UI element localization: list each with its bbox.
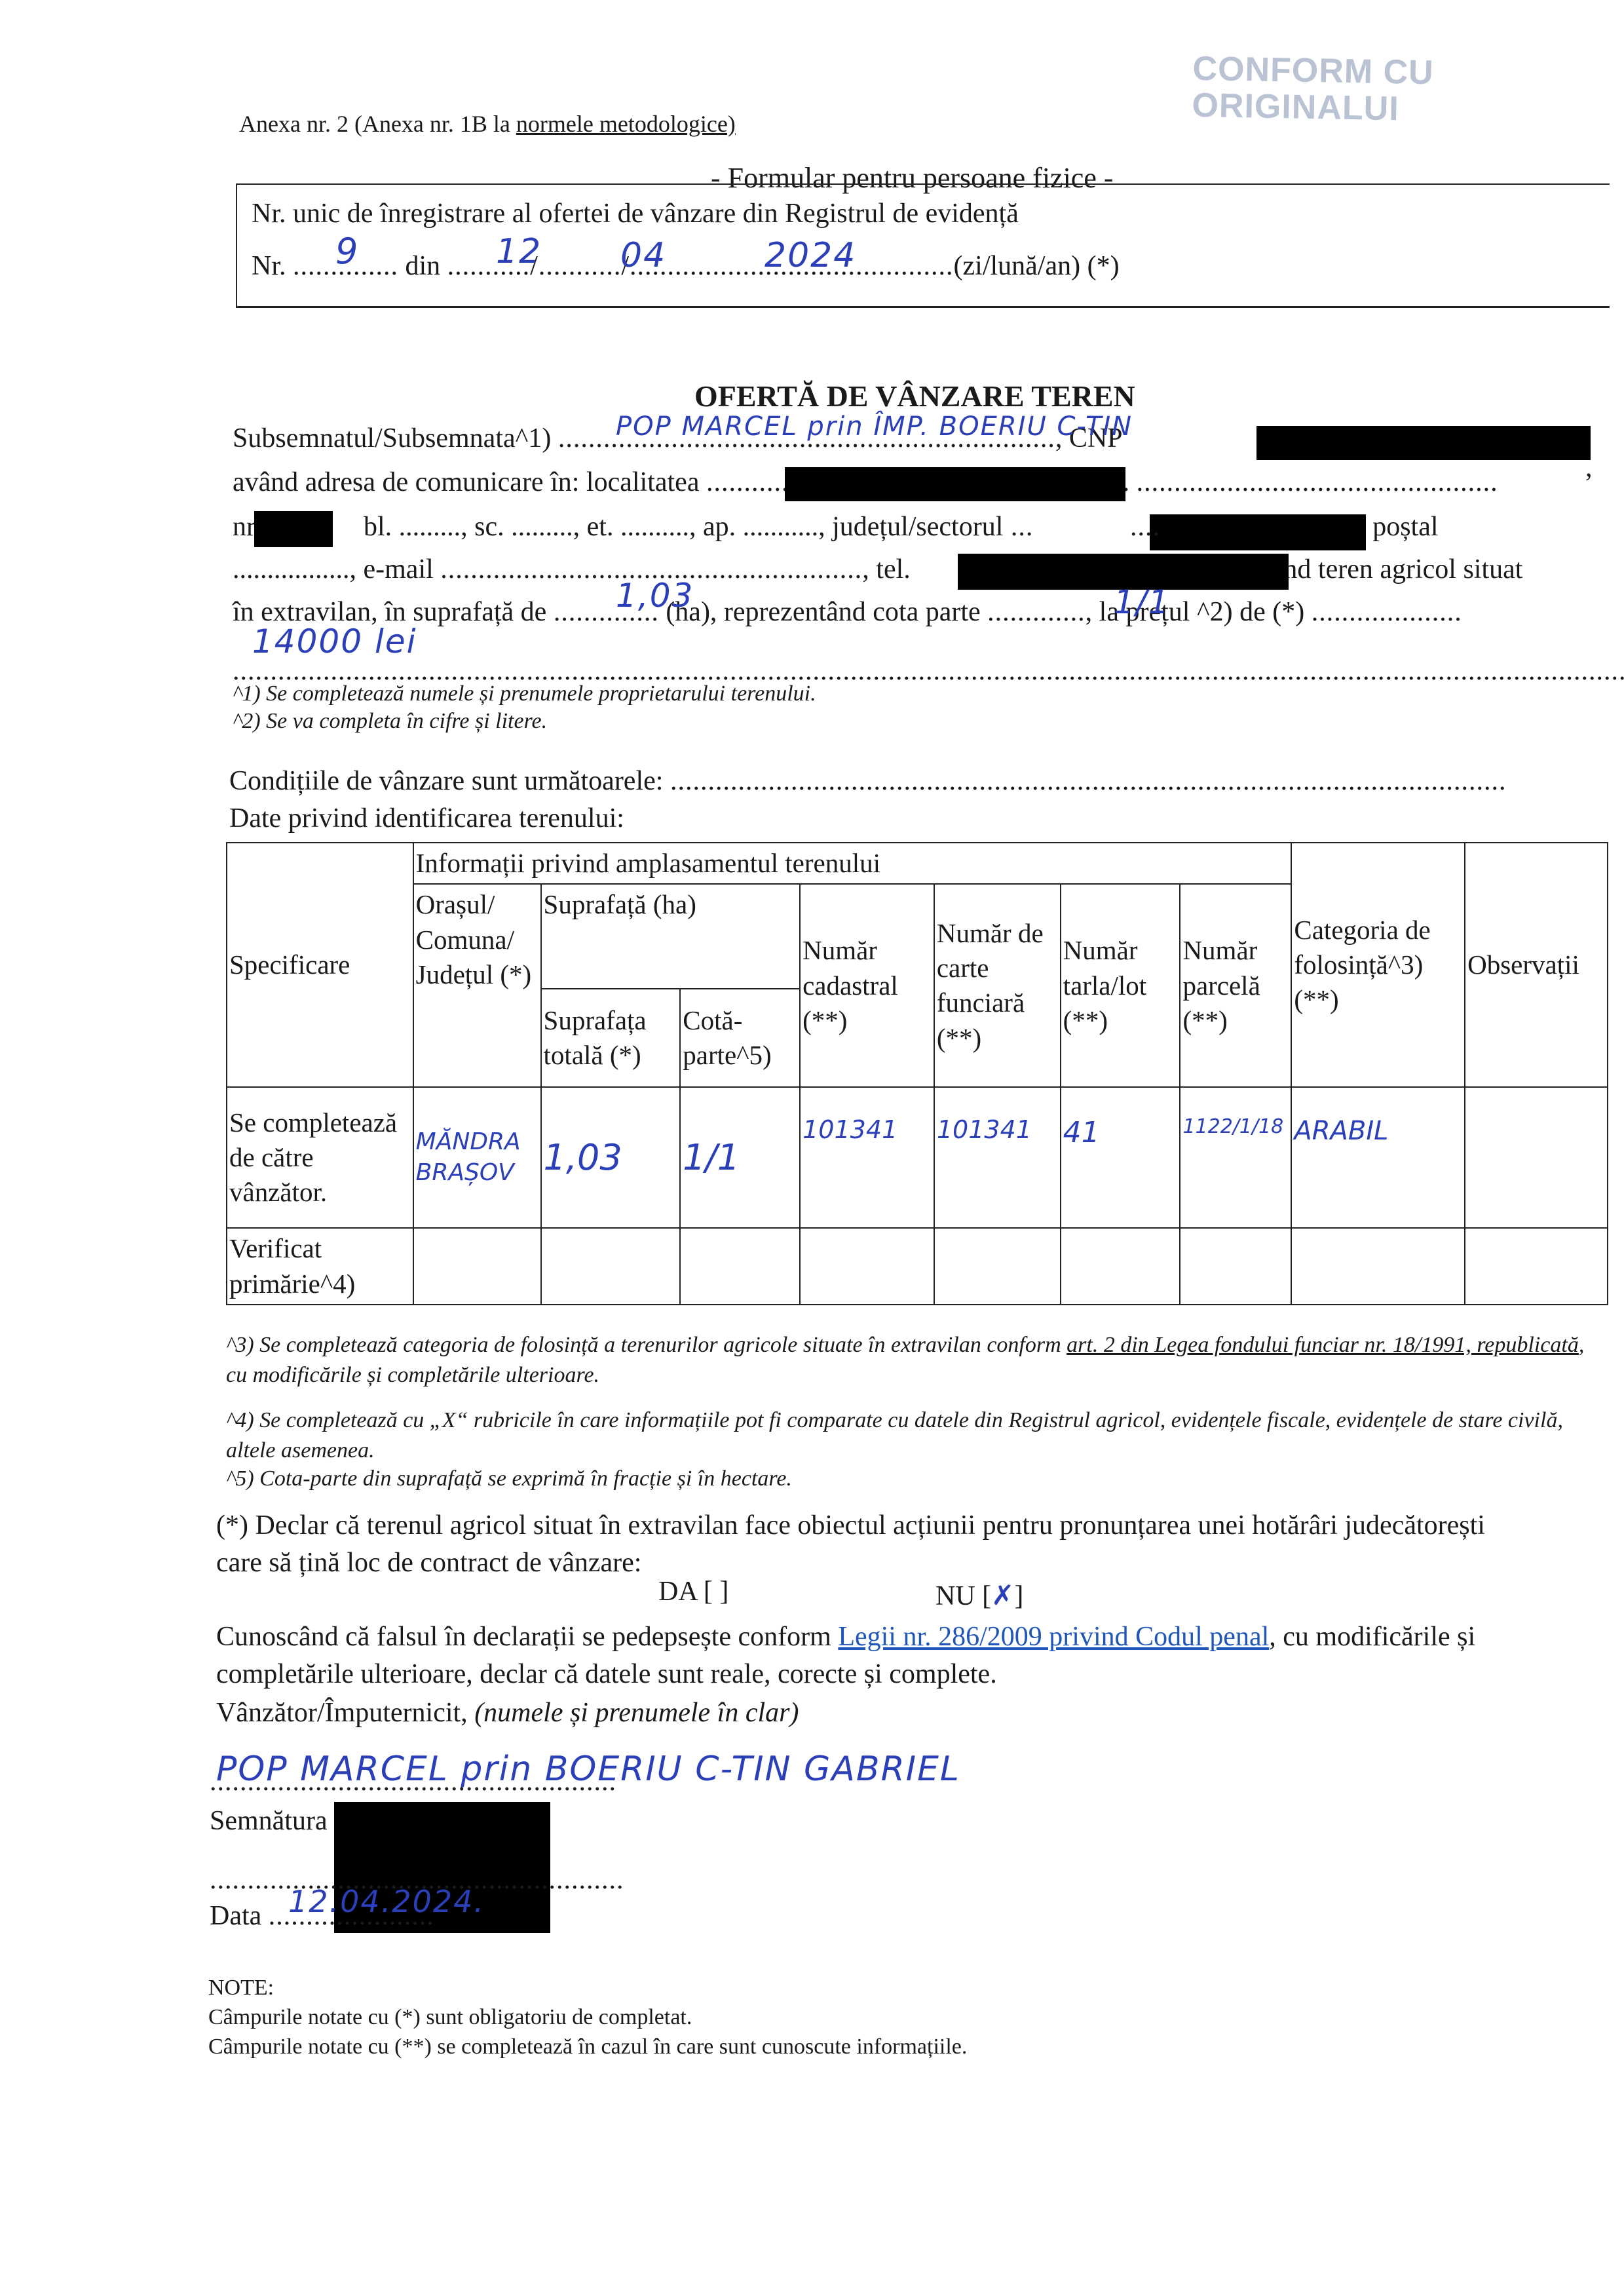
notes-line-2: Câmpurile notate cu (**) se completează … bbox=[208, 2035, 967, 2059]
falsity-text: Cunoscând că falsul în declarații se ped… bbox=[216, 1622, 838, 1652]
footnote-4: ^4) Se completează cu „X“ rubricile în c… bbox=[226, 1406, 1595, 1466]
cell-categoria[interactable]: ARABIL bbox=[1291, 1087, 1465, 1228]
subsemnatul-label: Subsemnatul/Subsemnata^1) bbox=[233, 423, 551, 453]
declaration-text: (*) Declar că terenul agricol situat în … bbox=[216, 1507, 1526, 1581]
signature-label: Semnătura bbox=[210, 1805, 328, 1837]
nr-street-label: nr bbox=[233, 512, 255, 542]
cell-observatii[interactable] bbox=[1465, 1228, 1608, 1305]
header-categoria: Categoria de folosință^3) (**) bbox=[1291, 843, 1465, 1087]
footnote-3: ^3) Se completează categoria de folosinț… bbox=[226, 1330, 1595, 1390]
registration-box: Nr. unic de înregistrare al ofertei de v… bbox=[236, 183, 1610, 308]
seller-hint: (numele și prenumele în clar) bbox=[474, 1698, 799, 1728]
email-label: ................., e-mail bbox=[233, 554, 434, 584]
registration-day-value[interactable]: 12 bbox=[496, 232, 542, 271]
falsity-statement: Cunoscând că falsul în declarații se ped… bbox=[216, 1618, 1526, 1693]
cell-nr-parcela[interactable]: 1122/1/18 bbox=[1180, 1087, 1291, 1228]
registration-number-line: Nr. .............. din .........../.....… bbox=[252, 250, 1120, 282]
stamp-line2: ORIGINALUI bbox=[1192, 86, 1433, 129]
cell-oras[interactable]: MĂNDRA BRAȘOV bbox=[413, 1087, 541, 1228]
date-value[interactable]: 12.04.2024. bbox=[288, 1884, 485, 1919]
registration-month-value[interactable]: 04 bbox=[620, 236, 666, 275]
notes-title: NOTE: bbox=[208, 1976, 274, 2000]
annex-reference: Anexa nr. 2 (Anexa nr. 1B la normele met… bbox=[239, 110, 736, 138]
cnp-redacted bbox=[1256, 426, 1591, 460]
footnote-3-text: ^3) Se completează categoria de folosinț… bbox=[226, 1333, 1067, 1357]
county-redacted bbox=[1150, 514, 1366, 550]
footnote-2: ^2) Se va completa în cifre și litere. bbox=[233, 709, 547, 734]
land-table: Specificare Informații privind amplasame… bbox=[226, 842, 1608, 1305]
cell-cota-parte[interactable]: 1/1 bbox=[680, 1087, 800, 1228]
header-oras: Orașul/ Comuna/ Județul (*) bbox=[413, 884, 541, 1087]
cell-observatii[interactable] bbox=[1465, 1087, 1608, 1228]
cell-cota-parte[interactable] bbox=[680, 1228, 800, 1305]
table-row-verification: Verificat primărie^4) bbox=[227, 1228, 1608, 1305]
building-details-label: bl. ........., sc. ........., et. ......… bbox=[364, 512, 1003, 542]
identification-label: Date privind identificarea terenului: bbox=[229, 803, 624, 834]
seller-name-value[interactable]: POP MARCEL prin BOERIU C-TIN GABRIEL bbox=[216, 1750, 960, 1789]
option-da[interactable]: DA [ ] bbox=[658, 1576, 728, 1607]
din-label: din bbox=[406, 251, 441, 281]
offer-line-4: ................., e-mail ..............… bbox=[233, 554, 1522, 585]
header-nr-parcela: Număr parcelă (**) bbox=[1180, 884, 1291, 1087]
cell-categoria[interactable] bbox=[1291, 1228, 1465, 1305]
seller-label-line: Vânzător/Împuternicit, (numele și prenum… bbox=[216, 1697, 799, 1729]
row-label: Verificat primărie^4) bbox=[227, 1228, 413, 1305]
registration-number-value[interactable]: 9 bbox=[335, 231, 359, 272]
share-value[interactable]: 1/1 bbox=[1114, 583, 1170, 621]
cell-nr-carte[interactable] bbox=[934, 1228, 1061, 1305]
page-title: OFERTĂ DE VÂNZARE TEREN bbox=[694, 379, 1135, 413]
cnp-dots-end: , bbox=[1585, 452, 1593, 484]
land-label: vând teren agricol situat bbox=[1258, 554, 1523, 584]
footnote-5: ^5) Cota-parte din suprafață se exprimă … bbox=[226, 1466, 792, 1491]
notes-line-1: Câmpurile notate cu (*) sunt obligatoriu… bbox=[208, 2005, 692, 2030]
option-nu[interactable]: NU [✗] bbox=[935, 1579, 1023, 1612]
conditions-line: Condițiile de vânzare sunt următoarele: … bbox=[229, 765, 1506, 797]
tel-label: , tel. bbox=[862, 554, 910, 584]
annex-link[interactable]: normele metodologice) bbox=[516, 111, 736, 137]
cell-nr-carte[interactable]: 101341 bbox=[934, 1087, 1061, 1228]
nr-label: Nr. bbox=[252, 251, 286, 281]
offer-line-5: în extravilan, în suprafață de .........… bbox=[233, 596, 1462, 628]
owner-name-value[interactable]: POP MARCEL prin ÎMP. BOERIU C-TIN bbox=[616, 411, 1133, 442]
cell-suprafata-totala[interactable]: 1,03 bbox=[541, 1087, 681, 1228]
header-nr-cadastral: Număr cadastral (**) bbox=[800, 884, 934, 1087]
table-row-seller: Se completează de către vânzător. MĂNDRA… bbox=[227, 1087, 1608, 1228]
header-nr-carte: Număr de carte funciară (**) bbox=[934, 884, 1061, 1087]
header-nr-tarla: Număr tarla/lot (**) bbox=[1061, 884, 1180, 1087]
codul-penal-link[interactable]: Legii nr. 286/2009 privind Codul penal bbox=[838, 1622, 1269, 1652]
street-number-redacted bbox=[254, 511, 333, 547]
header-specificare: Specificare bbox=[227, 843, 413, 1087]
footnote-1: ^1) Se completează numele și prenumele p… bbox=[233, 681, 816, 706]
seller-label: Vânzător/Împuternicit, bbox=[216, 1698, 468, 1728]
registration-label: Nr. unic de înregistrare al ofertei de v… bbox=[252, 198, 1019, 229]
header-suprafata: Suprafață (ha) bbox=[541, 884, 801, 989]
date-label: Data bbox=[210, 1901, 261, 1931]
registration-year-value[interactable]: 2024 bbox=[765, 236, 856, 275]
date-format-label: (zi/lună/an) (*) bbox=[954, 251, 1120, 281]
cell-nr-tarla[interactable]: 41 bbox=[1061, 1087, 1180, 1228]
header-observatii: Observații bbox=[1465, 843, 1608, 1087]
locality-redacted bbox=[785, 467, 1125, 501]
conditions-label: Condițiile de vânzare sunt următoarele: bbox=[229, 766, 663, 796]
footnote-3-link[interactable]: art. 2 din Legea fondului funciar nr. 18… bbox=[1067, 1333, 1579, 1357]
table-group-header-row: Specificare Informații privind amplasame… bbox=[227, 843, 1608, 884]
ha-label: (ha), reprezentând cota parte bbox=[666, 597, 980, 627]
cell-nr-cadastral[interactable]: 101341 bbox=[800, 1087, 934, 1228]
cell-nr-cadastral[interactable] bbox=[800, 1228, 934, 1305]
cell-oras[interactable] bbox=[413, 1228, 541, 1305]
cell-nr-parcela[interactable] bbox=[1180, 1228, 1291, 1305]
postal-code-dots: .... bbox=[1130, 511, 1160, 543]
conform-stamp: CONFORM CU ORIGINALUI bbox=[1192, 49, 1434, 129]
header-suprafata-totala: Suprafața totală (*) bbox=[541, 989, 681, 1087]
annex-prefix: Anexa nr. 2 (Anexa nr. 1B la bbox=[239, 111, 516, 137]
area-value[interactable]: 1,03 bbox=[616, 577, 694, 615]
address-label: având adresa de comunicare în: localitat… bbox=[233, 467, 699, 497]
header-cota-parte: Cotă-parte^5) bbox=[680, 989, 800, 1087]
price-value[interactable]: 14000 lei bbox=[252, 622, 417, 660]
cell-nr-tarla[interactable] bbox=[1061, 1228, 1180, 1305]
nu-checkbox-checked[interactable]: [✗] bbox=[982, 1579, 1023, 1612]
header-group-location: Informații privind amplasamentul terenul… bbox=[413, 843, 1292, 884]
row-label: Se completează de către vânzător. bbox=[227, 1087, 413, 1228]
cell-suprafata-totala[interactable] bbox=[541, 1228, 681, 1305]
